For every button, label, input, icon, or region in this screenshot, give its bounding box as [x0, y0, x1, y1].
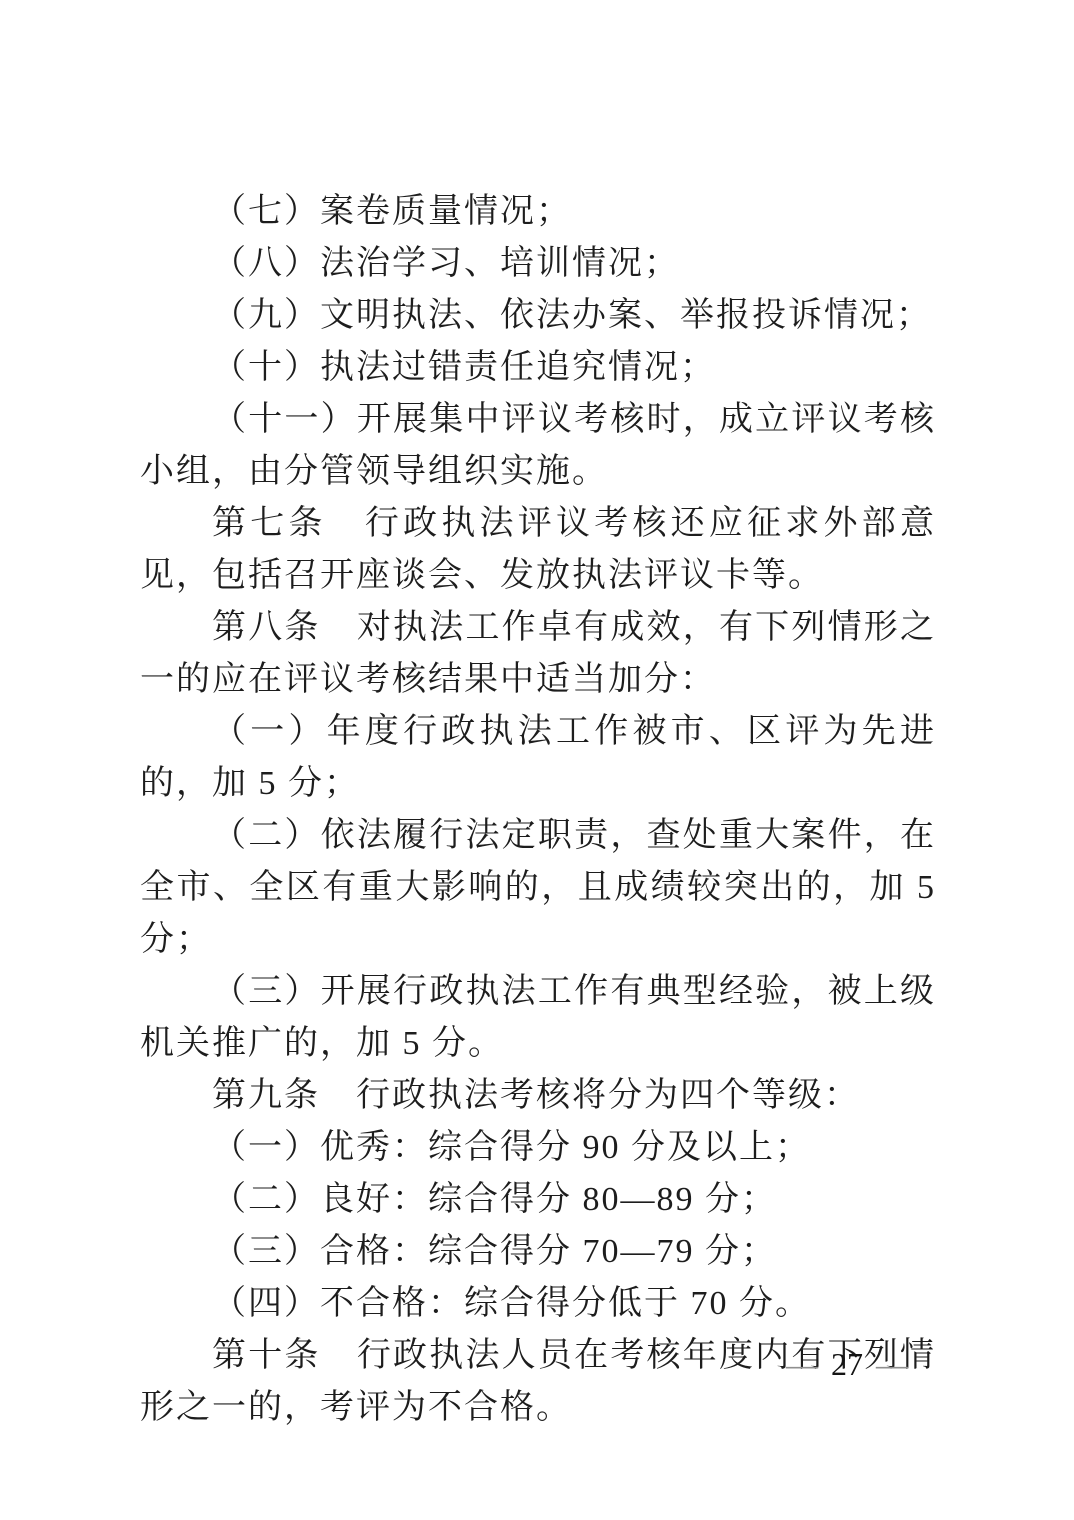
paragraph-grade-fail: （四）不合格：综合得分低于 70 分。 — [140, 1278, 936, 1330]
paragraph-item-11: （十一）开展集中评议考核时，成立评议考核小组，由分管领导组织实施。 — [140, 394, 936, 498]
paragraph-article-7: 第七条 行政执法评议考核还应征求外部意见，包括召开座谈会、发放执法评议卡等。 — [140, 498, 936, 602]
document-page: （七）案卷质量情况； （八）法治学习、培训情况； （九）文明执法、依法办案、举报… — [0, 0, 1074, 1520]
paragraph-article-9: 第九条 行政执法考核将分为四个等级： — [140, 1070, 936, 1122]
paragraph-item-8: （八）法治学习、培训情况； — [140, 238, 936, 290]
document-body: （七）案卷质量情况； （八）法治学习、培训情况； （九）文明执法、依法办案、举报… — [140, 186, 936, 1434]
paragraph-item-10: （十）执法过错责任追究情况； — [140, 342, 936, 394]
paragraph-bonus-1: （一）年度行政执法工作被市、区评为先进的，加 5 分； — [140, 706, 936, 810]
paragraph-bonus-2: （二）依法履行法定职责，查处重大案件，在全市、全区有重大影响的，且成绩较突出的，… — [140, 810, 936, 966]
page-number: 27 — [831, 1344, 863, 1384]
paragraph-grade-good: （二）良好：综合得分 80—89 分； — [140, 1174, 936, 1226]
paragraph-item-7: （七）案卷质量情况； — [140, 186, 936, 238]
paragraph-item-9: （九）文明执法、依法办案、举报投诉情况； — [140, 290, 936, 342]
page-footer: — 27 — — [786, 1344, 908, 1384]
paragraph-article-8: 第八条 对执法工作卓有成效，有下列情形之一的应在评议考核结果中适当加分： — [140, 602, 936, 706]
paragraph-bonus-3: （三）开展行政执法工作有典型经验，被上级机关推广的，加 5 分。 — [140, 966, 936, 1070]
footer-dash-right: — — [876, 1344, 908, 1384]
paragraph-grade-pass: （三）合格：综合得分 70—79 分； — [140, 1226, 936, 1278]
footer-dash-left: — — [786, 1344, 818, 1384]
paragraph-grade-excellent: （一）优秀：综合得分 90 分及以上； — [140, 1122, 936, 1174]
